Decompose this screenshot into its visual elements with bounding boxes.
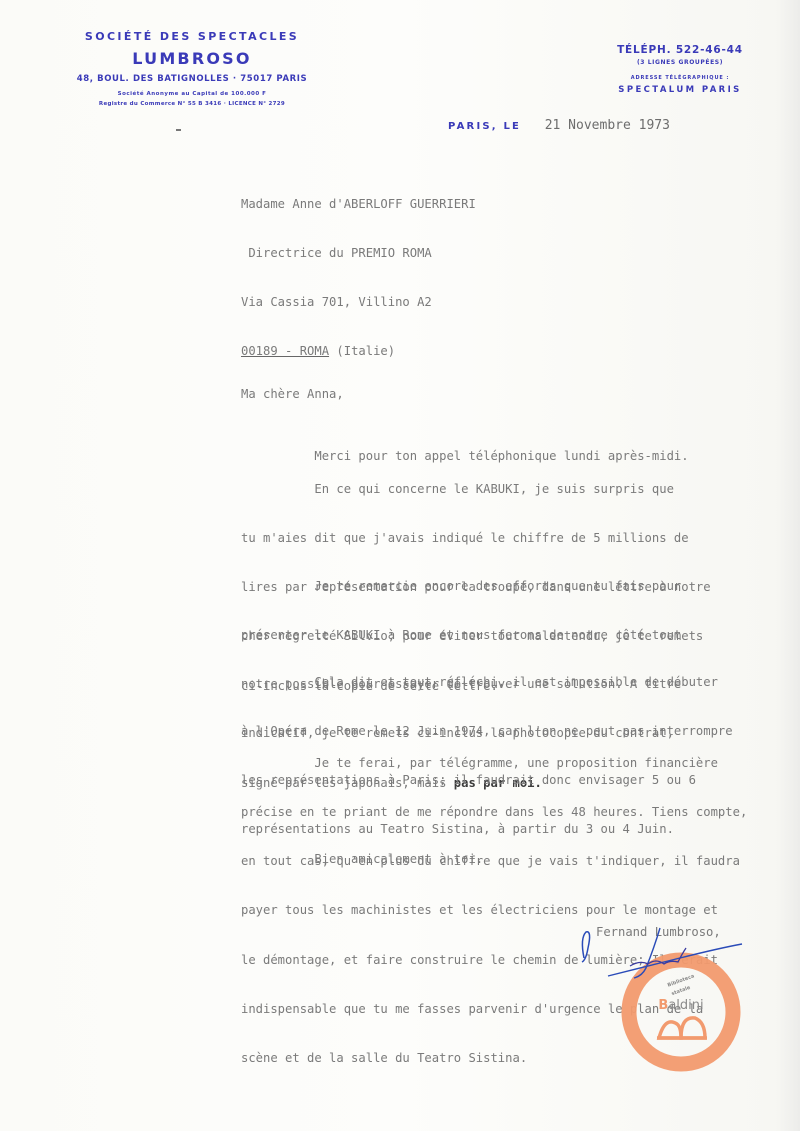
company-capital: Société Anonyme au Capital de 100.000 F: [62, 91, 322, 97]
closing: Bien amicalement à toi.: [241, 851, 800, 867]
text-line: précise en te priant de me répondre dans…: [241, 804, 800, 820]
recipient-title: Directrice du PREMIO ROMA: [241, 245, 476, 261]
phone-note: (3 LIGNES GROUPÉES): [610, 59, 750, 66]
punch-mark: [176, 129, 181, 131]
letterhead-right: TÉLÉPH. 522-46-44 (3 LIGNES GROUPÉES) AD…: [610, 44, 750, 95]
letter-page: SOCIÉTÉ DES SPECTACLES LUMBROSO 48, BOUL…: [0, 0, 800, 1131]
dateline: PARIS, LE 21 Novembre 1973: [448, 114, 670, 134]
company-line: SOCIÉTÉ DES SPECTACLES: [62, 30, 322, 43]
recipient-street: Via Cassia 701, Villino A2: [241, 294, 476, 310]
recipient-postal-city: 00189 - ROMA: [241, 344, 329, 358]
recipient-name: Madame Anne d'ABERLOFF GUERRIERI: [241, 196, 476, 212]
phone-number: TÉLÉPH. 522-46-44: [610, 44, 750, 56]
text-line: payer tous les machinistes et les électr…: [241, 902, 800, 918]
recipient-country: (Italie): [329, 344, 395, 358]
recipient-address: Madame Anne d'ABERLOFF GUERRIERI Directr…: [241, 163, 476, 393]
text-line: Je te remercie encore des efforts que tu…: [241, 578, 800, 594]
stamp-name: Baldini: [619, 998, 743, 1013]
company-address: 48, BOUL. DES BATIGNOLLES · 75017 PARIS: [62, 74, 322, 84]
text-line: Cela dit et tout réfléchi, il est imposs…: [241, 674, 800, 690]
telegraph-label: ADRESSE TÉLÉGRAPHIQUE :: [610, 75, 750, 81]
dateline-place: PARIS, LE: [448, 121, 521, 132]
letterhead-left: SOCIÉTÉ DES SPECTACLES LUMBROSO 48, BOUL…: [62, 30, 322, 107]
company-name: LUMBROSO: [62, 49, 322, 68]
salutation: Ma chère Anna,: [241, 386, 800, 402]
handwritten-signature-icon: [570, 918, 750, 988]
company-registry: Registre du Commerce N° 55 B 3416 · LICE…: [62, 101, 322, 107]
text-line: En ce qui concerne le KABUKI, je suis su…: [241, 481, 800, 497]
telegraph-address: SPECTALUM PARIS: [610, 85, 750, 95]
text-line: Je te ferai, par télégramme, une proposi…: [241, 755, 800, 771]
dateline-date: 21 Novembre 1973: [545, 118, 670, 133]
text-line: tu m'aies dit que j'avais indiqué le chi…: [241, 530, 800, 546]
